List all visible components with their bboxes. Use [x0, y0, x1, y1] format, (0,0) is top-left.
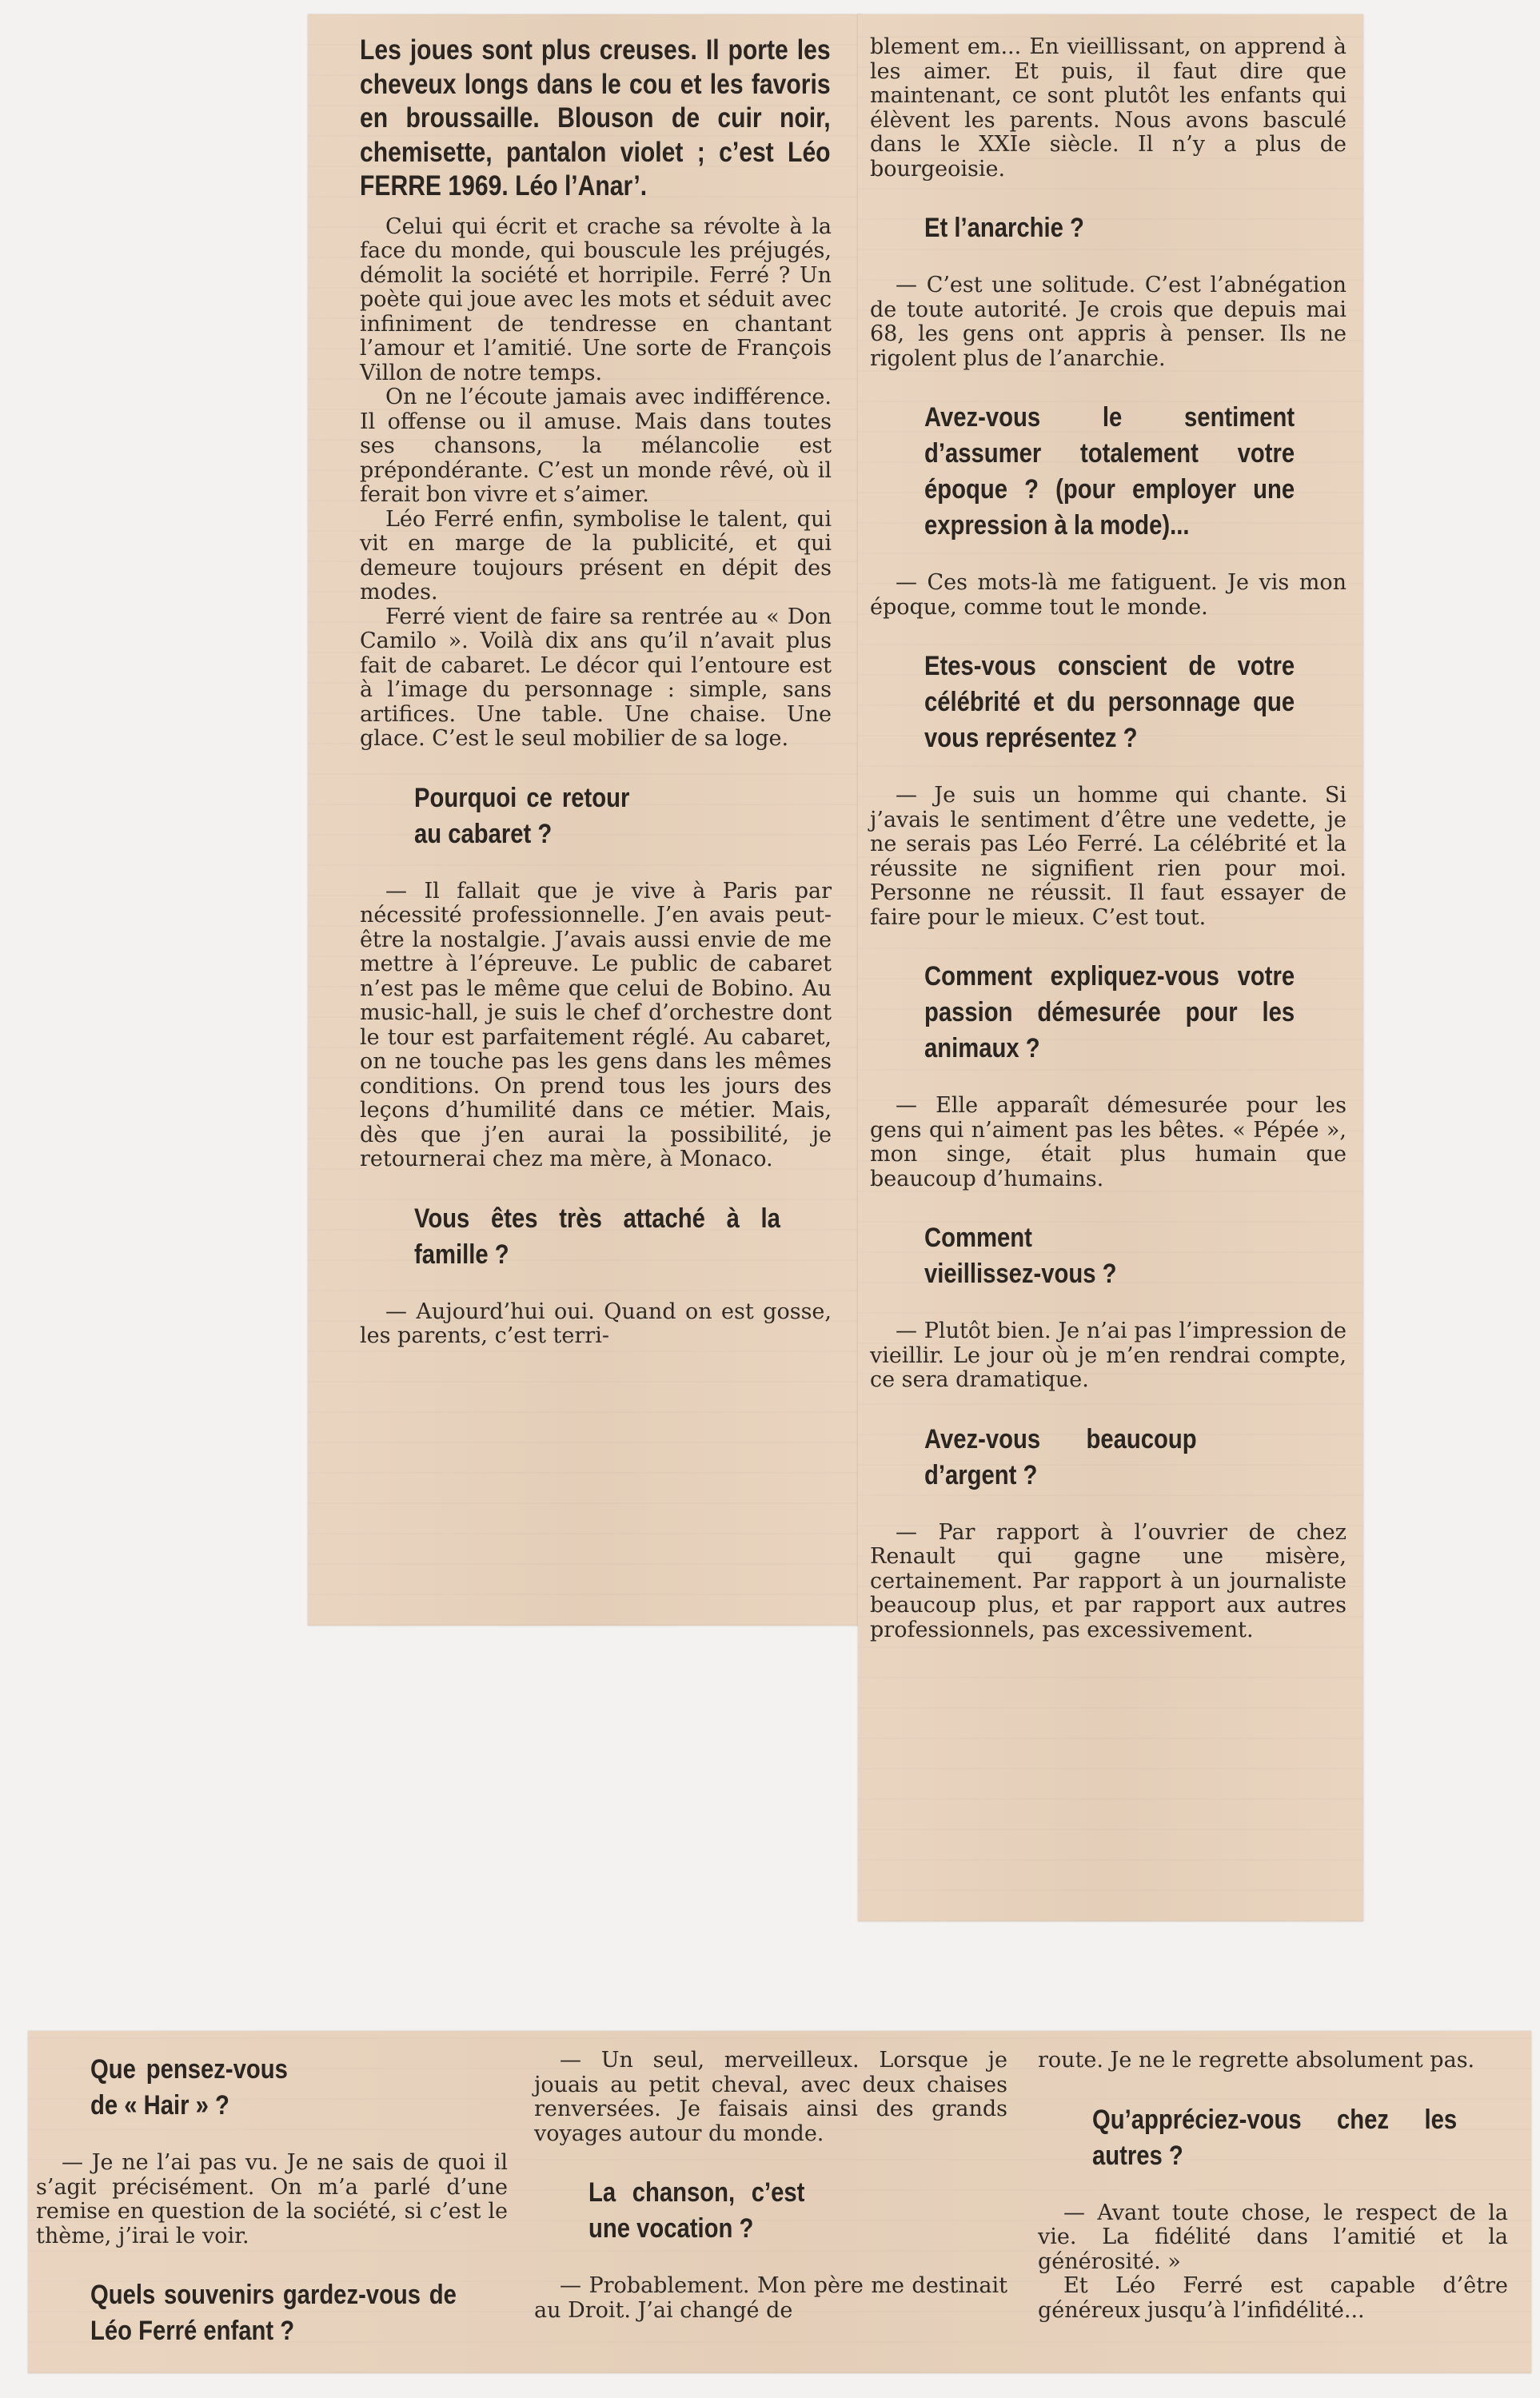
interview-answer: — Je suis un homme qui chante. Si j’avai…: [870, 784, 1347, 930]
article-column-right: blement em... En vieillissant, on appren…: [870, 35, 1347, 1642]
intro-paragraph: On ne l’écoute jamais avec indifférence.…: [360, 385, 832, 508]
interview-question: Avez-vous le sentiment d’assumer totalem…: [870, 400, 1347, 544]
question-heading: Vous êtes très attaché à la famille ?: [414, 1201, 780, 1273]
question-heading: Comment vieillissez-vous ?: [924, 1220, 1124, 1292]
bottom-column-3: route. Je ne le regrette absolument pas.…: [1038, 2041, 1508, 2323]
interview-question: Comment expliquez-vous votre passion dém…: [870, 959, 1347, 1067]
interview-answer: — Avant toute chose, le respect de la vi…: [1038, 2201, 1508, 2275]
intro-paragraph: Léo Ferré enfin, symbolise le talent, qu…: [360, 508, 832, 605]
interview-answer: — Ces mots-là me fatiguent. Je vis mon é…: [870, 571, 1347, 620]
interview-question: Pourquoi ce retour au cabaret ?: [360, 780, 832, 852]
interview-question: Qu’appréciez-vous chez les autres ?: [1038, 2102, 1508, 2174]
interview-answer-continued: blement em... En vieillissant, on appren…: [870, 35, 1347, 182]
interview-answer: — Aujourd’hui oui. Quand on est gosse, l…: [360, 1300, 832, 1349]
question-heading: La chanson, c’est une vocation ?: [588, 2175, 804, 2247]
interview-answer: — Je ne l’ai pas vu. Je ne sais de quoi …: [36, 2151, 508, 2248]
question-heading: Comment expliquez-vous votre passion dém…: [924, 959, 1295, 1067]
bottom-column-2: — Un seul, merveilleux. Lorsque je jouai…: [534, 2041, 1007, 2323]
question-heading: Que pensez-vous de « Hair » ?: [90, 2052, 288, 2124]
interview-question: Etes-vous conscient de votre célébrité e…: [870, 648, 1347, 756]
intro-paragraph: Celui qui écrit et crache sa révolte à l…: [360, 215, 832, 386]
interview-answer: — C’est une solitude. C’est l’abnégation…: [870, 273, 1347, 371]
interview-answer: — Un seul, merveilleux. Lorsque je jouai…: [534, 2049, 1007, 2146]
interview-question: Que pensez-vous de « Hair » ?: [36, 2052, 508, 2124]
interview-answer: — Par rapport à l’ouvrier de chez Renaul…: [870, 1521, 1347, 1643]
question-heading: Pourquoi ce retour au cabaret ?: [414, 780, 629, 852]
interview-answer: — Probablement. Mon père me destinait au…: [534, 2274, 1007, 2323]
article-column-left: Les joues sont plus creuses. Il porte le…: [360, 34, 832, 1349]
interview-answer: — Il fallait que je vive à Paris par néc…: [360, 880, 832, 1172]
intro-paragraph: Ferré vient de faire sa rentrée au « Don…: [360, 605, 832, 752]
bottom-column-1: Que pensez-vous de « Hair » ? — Je ne l’…: [36, 2041, 508, 2376]
interview-question: La chanson, c’est une vocation ?: [534, 2175, 1007, 2247]
interview-question: Comment vieillissez-vous ?: [870, 1220, 1347, 1292]
question-heading: Quels souvenirs gardez-vous de Léo Ferré…: [90, 2277, 457, 2349]
interview-answer-continued: route. Je ne le regrette absolument pas.: [1038, 2049, 1508, 2073]
closing-paragraph: Et Léo Ferré est capable d’être généreux…: [1038, 2274, 1508, 2323]
interview-answer: — Elle apparaît démesurée pour les gens …: [870, 1094, 1347, 1191]
question-heading: Et l’anarchie ?: [924, 210, 1287, 246]
interview-question: Quels souvenirs gardez-vous de Léo Ferré…: [36, 2277, 508, 2349]
interview-question: Vous êtes très attaché à la famille ?: [360, 1201, 832, 1273]
question-heading: Qu’appréciez-vous chez les autres ?: [1092, 2102, 1457, 2174]
question-heading: Etes-vous conscient de votre célébrité e…: [924, 648, 1295, 756]
interview-question: Et l’anarchie ?: [870, 210, 1347, 246]
question-heading: Avez-vous beaucoup d’argent ?: [924, 1422, 1197, 1494]
interview-answer: — Plutôt bien. Je n’ai pas l’impression …: [870, 1319, 1347, 1393]
interview-question: Avez-vous beaucoup d’argent ?: [870, 1422, 1347, 1494]
article-lede: Les joues sont plus creuses. Il porte le…: [360, 34, 831, 204]
question-heading: Avez-vous le sentiment d’assumer totalem…: [924, 400, 1295, 544]
